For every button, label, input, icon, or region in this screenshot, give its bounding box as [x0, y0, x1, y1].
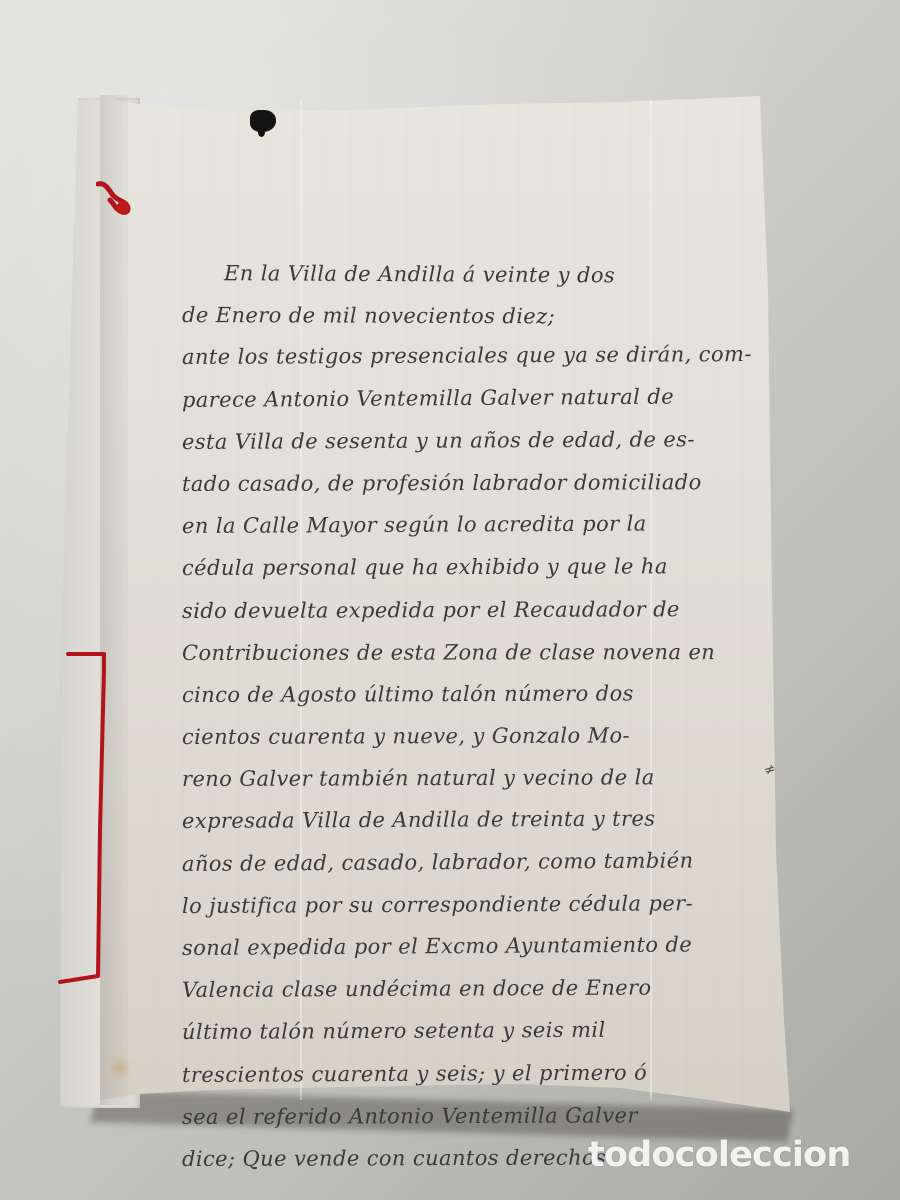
handwritten-text-block: En la Villa de Andilla á veinte y dos de…	[182, 252, 742, 1180]
manuscript-line: en la Calle Mayor según lo acredita por …	[182, 502, 742, 547]
manuscript-line: expresada Villa de Andilla de treinta y …	[182, 798, 742, 843]
ink-blot-icon	[250, 110, 276, 132]
manuscript-line: reno Galver también natural y vecino de …	[182, 756, 742, 800]
manuscript-line: tado casado, de profesión labrador domic…	[182, 461, 742, 505]
manuscript-line: parece Antonio Ventemilla Galver natural…	[182, 375, 742, 421]
red-thread-knot-icon	[96, 178, 136, 218]
paper-stain	[108, 1055, 132, 1081]
red-thread-binding-icon	[54, 650, 110, 986]
watermark-logo: todocoleccion	[588, 1135, 850, 1175]
manuscript-line: sonal expedida por el Excmo Ayuntamiento…	[182, 923, 742, 969]
manuscript-line: Valencia clase undécima en doce de Enero	[182, 966, 742, 1011]
manuscript-line: años de edad, casado, labrador, como tam…	[182, 839, 742, 885]
manuscript-line: cientos cuarenta y nueve, y Gonzalo Mo-	[182, 714, 742, 758]
manuscript-line: esta Villa de sesenta y un años de edad,…	[182, 418, 742, 463]
manuscript-line: sea el referido Antonio Ventemilla Galve…	[182, 1094, 742, 1138]
manuscript-line: último talón número setenta y seis mil	[182, 1008, 742, 1053]
manuscript-line: cédula personal que ha exhibido y que le…	[182, 545, 742, 589]
manuscript-line: cinco de Agosto último talón número dos	[182, 672, 742, 716]
manuscript-line: En la Villa de Andilla á veinte y dos	[182, 252, 742, 297]
manuscript-line: Contribuciones de esta Zona de clase nov…	[182, 631, 742, 674]
manuscript-line: ante los testigos presenciales que ya se…	[182, 333, 742, 378]
manuscript-line: sido devuelta expedida por el Recaudador…	[182, 588, 742, 632]
manuscript-line: lo justifica por su correspondiente cédu…	[182, 882, 742, 927]
manuscript-line: de Enero de mil novecientos diez;	[182, 294, 742, 338]
manuscript-line: trescientos cuarenta y seis; y el primer…	[182, 1051, 742, 1096]
